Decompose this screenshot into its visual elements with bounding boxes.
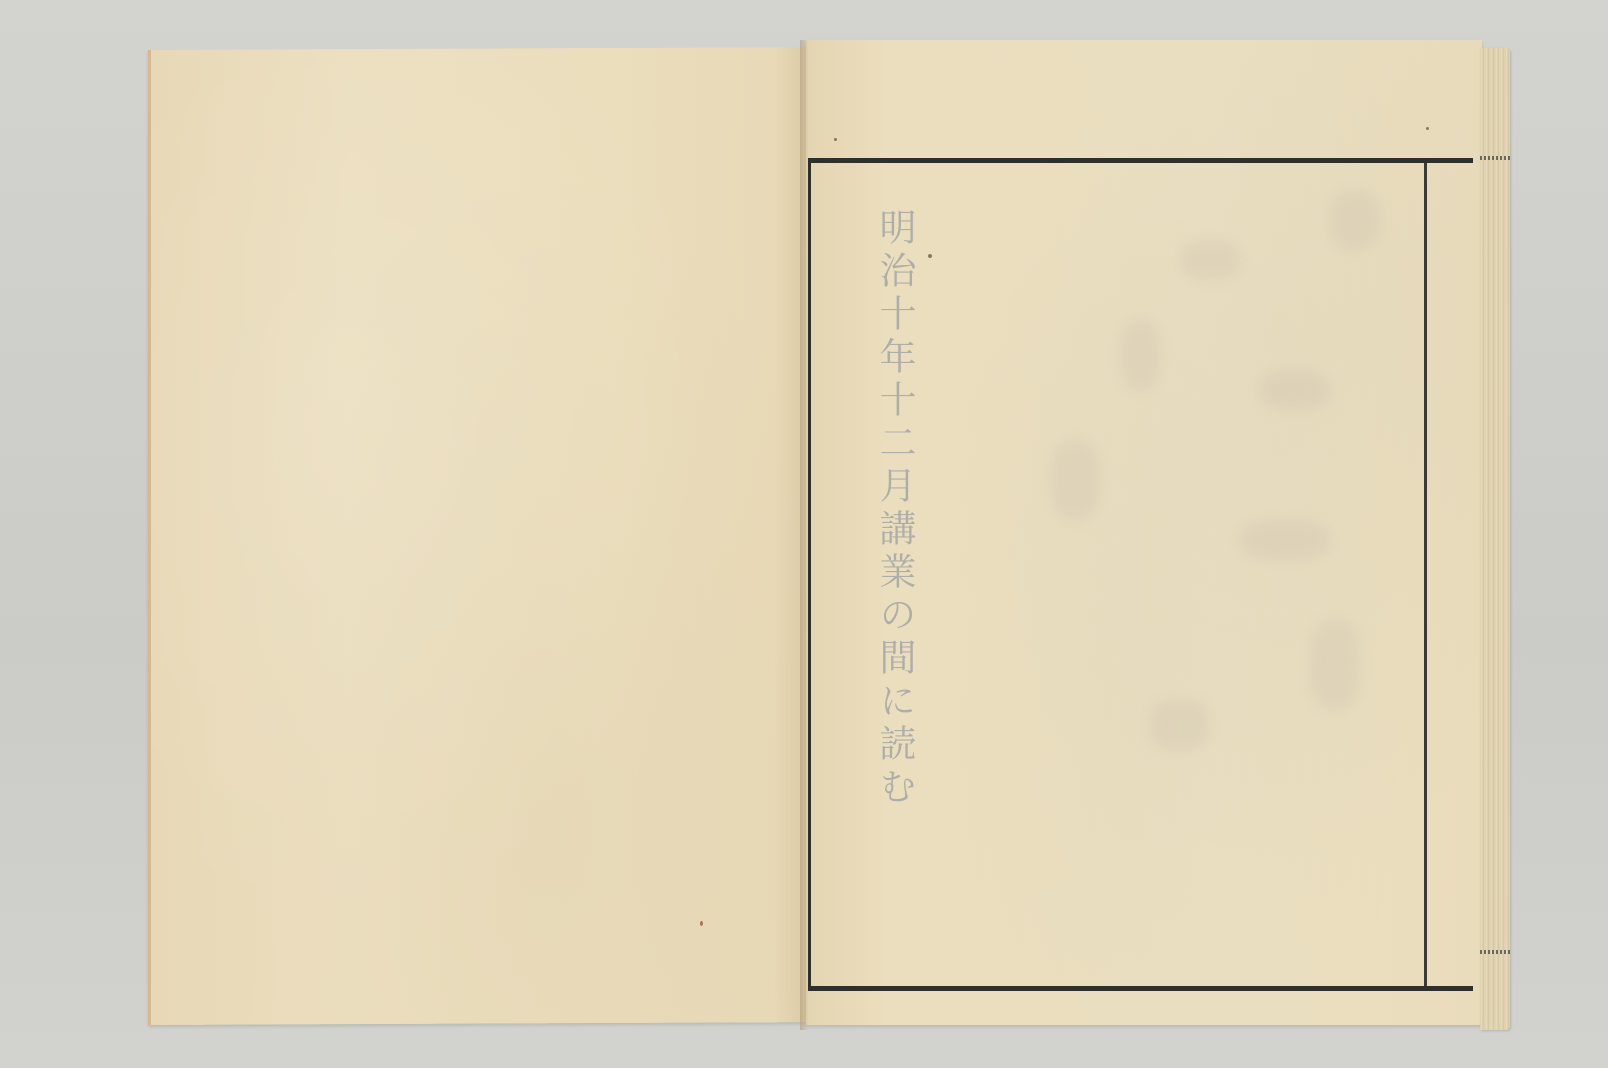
book-gutter bbox=[800, 40, 808, 1030]
open-book: 明治十年十二月講業の間に読む bbox=[0, 0, 1608, 1068]
left-page-blank bbox=[148, 47, 807, 1025]
bleed-through-mark bbox=[1330, 190, 1380, 250]
binding-thread-mark-top bbox=[1480, 156, 1510, 160]
paper-speck bbox=[834, 138, 837, 141]
printed-margin-rule bbox=[1424, 163, 1427, 986]
bleed-through-mark bbox=[1150, 700, 1210, 750]
paper-speck bbox=[928, 254, 932, 258]
bleed-through-mark bbox=[1260, 370, 1330, 410]
bleed-through-mark bbox=[1240, 520, 1330, 560]
bleed-through-mark bbox=[1120, 320, 1160, 390]
bleed-through-mark bbox=[1180, 240, 1240, 280]
binding-thread-mark-bottom bbox=[1480, 950, 1510, 954]
pencil-annotation: 明治十年十二月講業の間に読む bbox=[870, 208, 918, 810]
bleed-through-mark bbox=[1050, 440, 1100, 520]
paper-speck bbox=[1426, 127, 1429, 130]
bleed-through-mark bbox=[1310, 620, 1360, 710]
paper-speck bbox=[700, 921, 703, 926]
page-edge-stack bbox=[1480, 48, 1510, 1030]
